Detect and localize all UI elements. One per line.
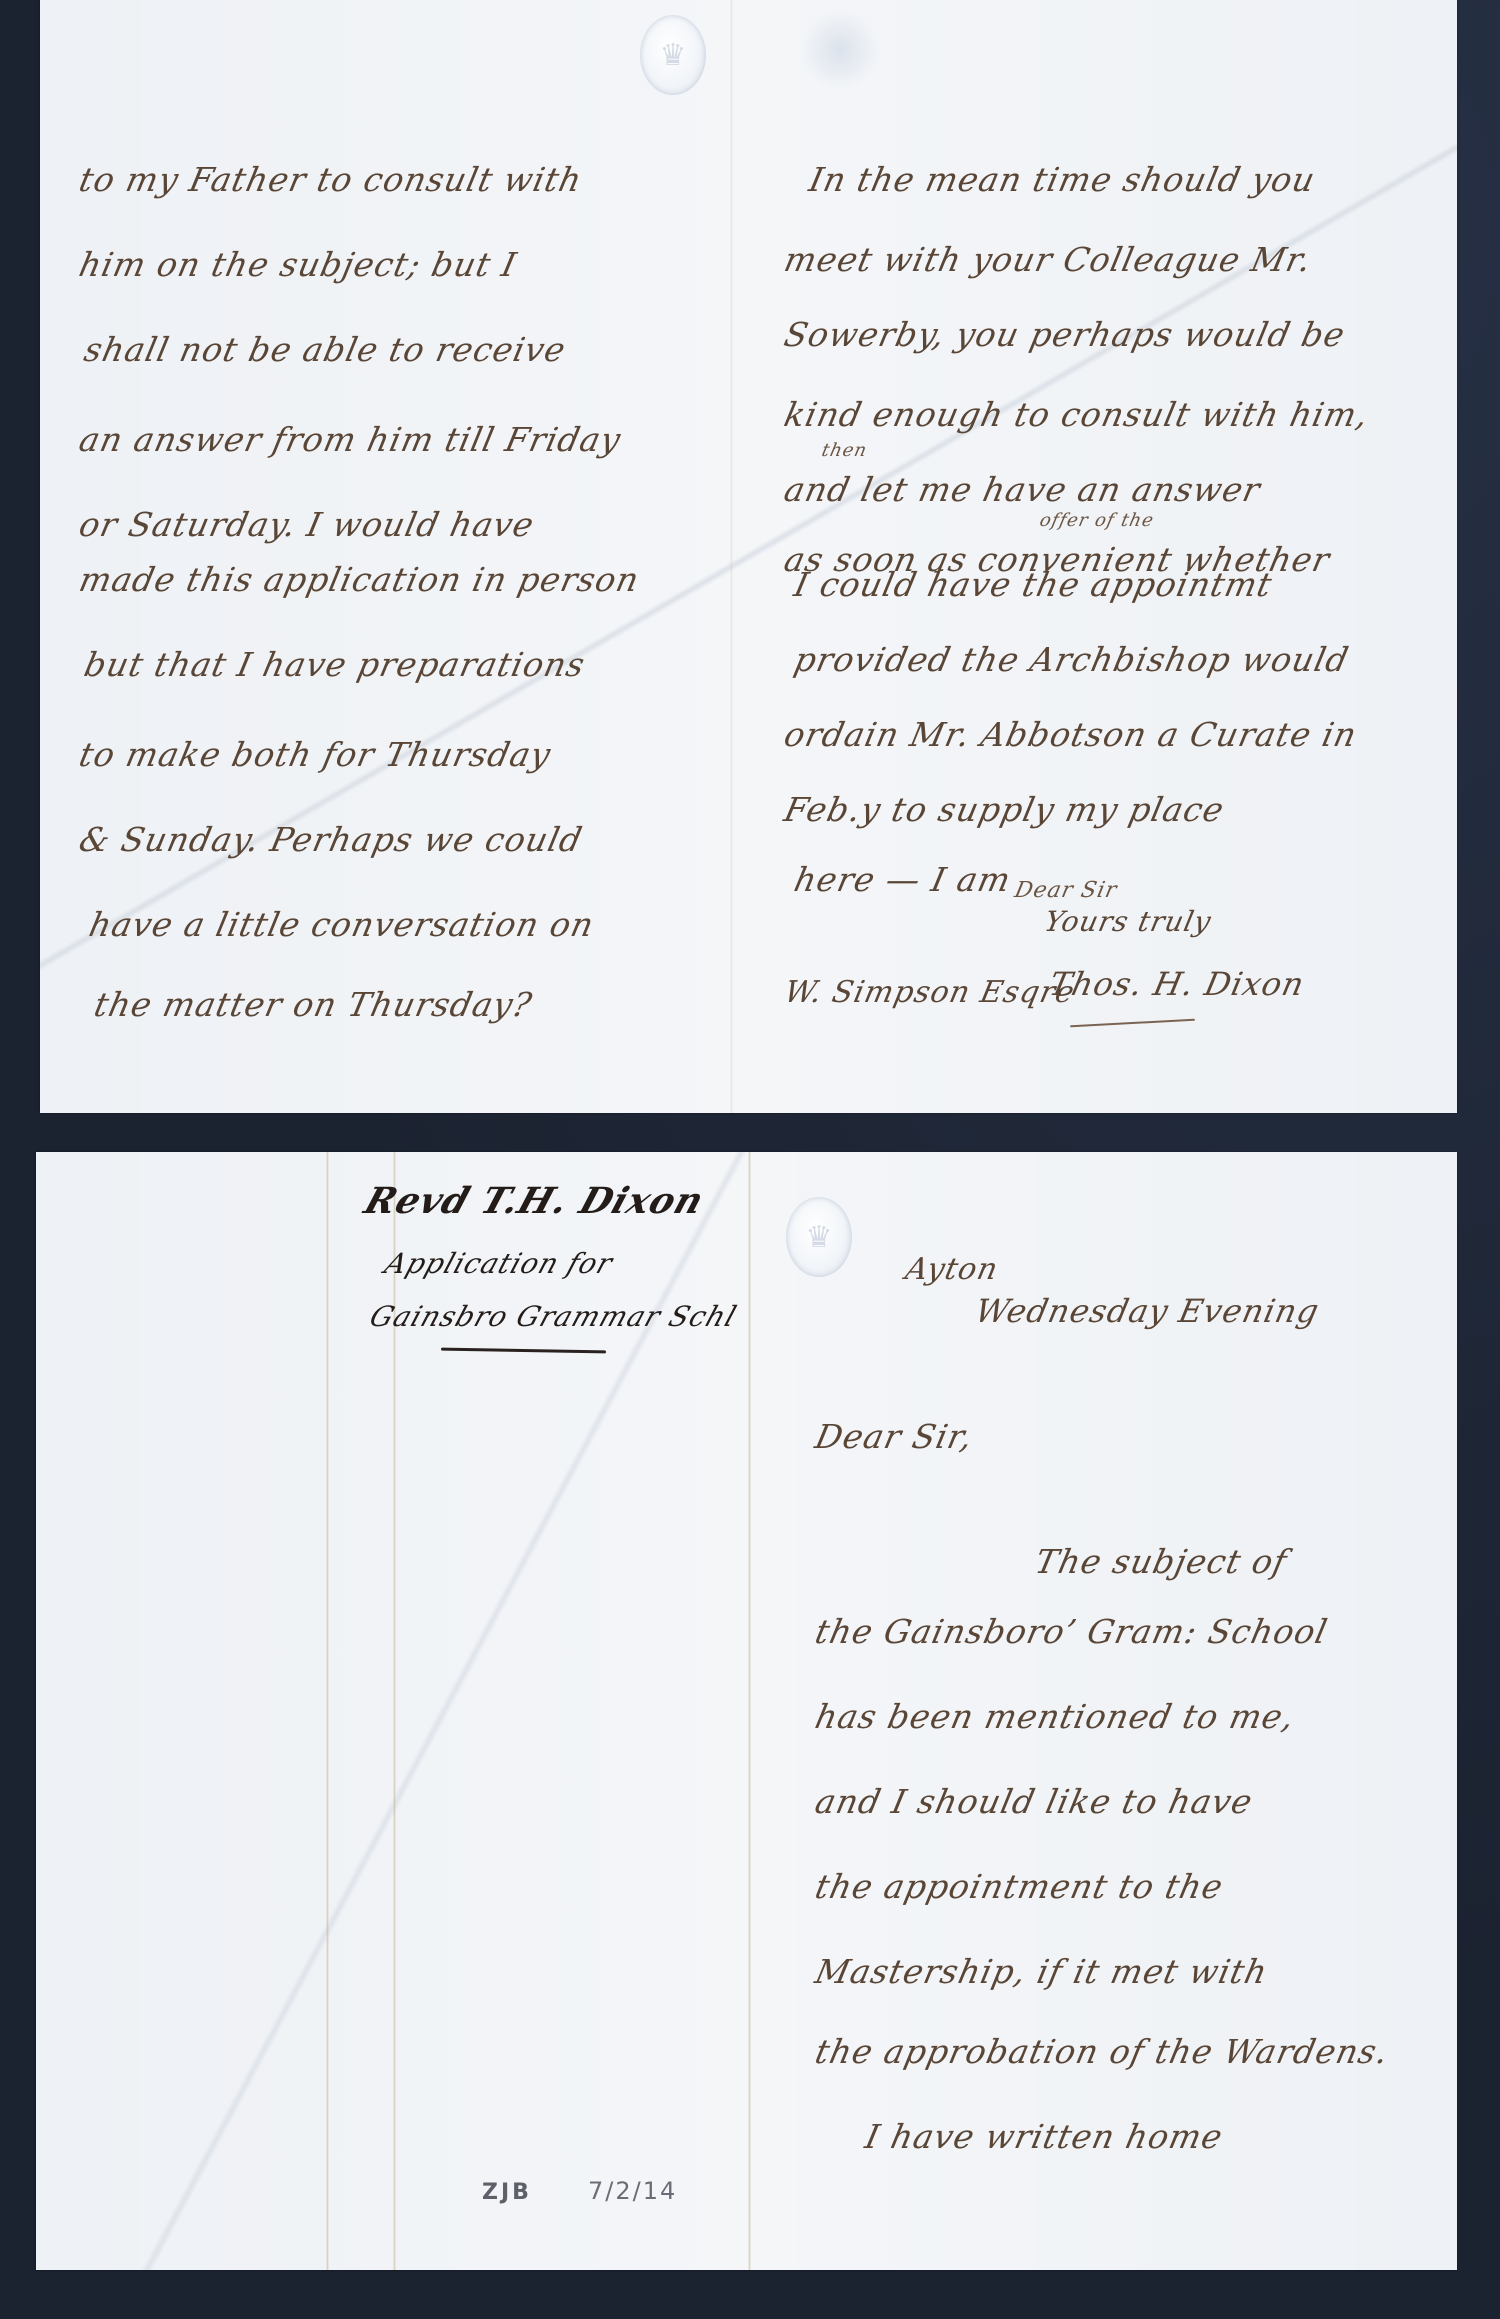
letter-line: or Saturday. I would have (76, 505, 538, 544)
docket-subject: Application for (381, 1247, 618, 1280)
letter-line: Mastership, if it met with (812, 1952, 1272, 1991)
letter-line: Feb.y to supply my place (781, 790, 1228, 829)
letter-date: Wednesday Evening (972, 1292, 1323, 1330)
letter-line: but that I have preparations (81, 645, 589, 684)
closing-yours-truly: Yours truly (1041, 905, 1214, 938)
letter-line: In the mean time should you (806, 160, 1319, 199)
letter-line: has been mentioned to me, (812, 1697, 1299, 1736)
letter-line: the matter on Thursday? (91, 985, 536, 1024)
letter-line: and let me have an answer (781, 470, 1264, 509)
insertion-then: then (820, 440, 870, 461)
letter-line: to my Father to consult with (76, 160, 586, 199)
letter-line: made this application in person (76, 560, 643, 599)
insertion-offer-of-the: offer of the (1038, 510, 1156, 531)
embossed-crest-icon: ♛ (786, 1197, 852, 1277)
letter-line: to make both for Thursday (76, 735, 555, 774)
signature: Thos. H. Dixon (1046, 965, 1308, 1003)
letter-line: ordain Mr. Abbotson a Curate in (781, 715, 1361, 754)
letter-line: him on the subject; but I (76, 245, 521, 284)
letter-line: shall not be able to receive (81, 330, 570, 369)
letter-line: & Sunday. Perhaps we could (76, 820, 586, 859)
embossed-crest-shadow-icon (800, 10, 880, 90)
letter-line: here — I am (791, 860, 1015, 899)
letter-line: an answer from him till Friday (76, 420, 625, 459)
letter-line: Sowerby, you perhaps would be (781, 315, 1349, 354)
letter-line: the appointment to the (812, 1867, 1227, 1906)
docket-school: Gainsbro Grammar Schl (366, 1300, 742, 1333)
letter-line: The subject of (1032, 1542, 1291, 1581)
letter-line: I have written home (862, 2117, 1227, 2156)
docket-name: Revd T.H. Dixon (359, 1180, 709, 1222)
embossed-crest-icon: ♛ (640, 15, 706, 95)
center-fold (730, 0, 733, 1113)
upper-letter-sheet: ♛ to my Father to consult with him on th… (40, 0, 1457, 1113)
archive-code: ZJB (482, 2180, 532, 2205)
letter-line: the Gainsboro’ Gram: School (812, 1612, 1332, 1651)
letter-line: and I should like to have (812, 1782, 1257, 1821)
letter-place: Ayton (902, 1252, 1001, 1287)
letter-line: the approbation of the Wardens. (812, 2032, 1393, 2071)
lower-letter-sheet: ♛ Revd T.H. Dixon Application for Gainsb… (36, 1152, 1457, 2270)
center-fold (748, 1152, 751, 2270)
salutation: Dear Sir, (812, 1417, 977, 1456)
fold-line (326, 1152, 329, 2270)
letter-line: kind enough to consult with him, (781, 395, 1373, 434)
archive-number: 7/2/14 (588, 2177, 677, 2205)
letter-line: I could have the appointmt (791, 565, 1276, 604)
signature-flourish (1070, 1019, 1195, 1028)
letter-line: provided the Archbishop would (791, 640, 1353, 679)
docket-underline (441, 1348, 606, 1354)
letter-line: meet with your Colleague Mr. (781, 240, 1315, 279)
addressee-name: W. Simpson Esqre (781, 975, 1078, 1010)
letter-line: have a little conversation on (86, 905, 598, 944)
closing-dear-sir: Dear Sir (1012, 878, 1119, 903)
